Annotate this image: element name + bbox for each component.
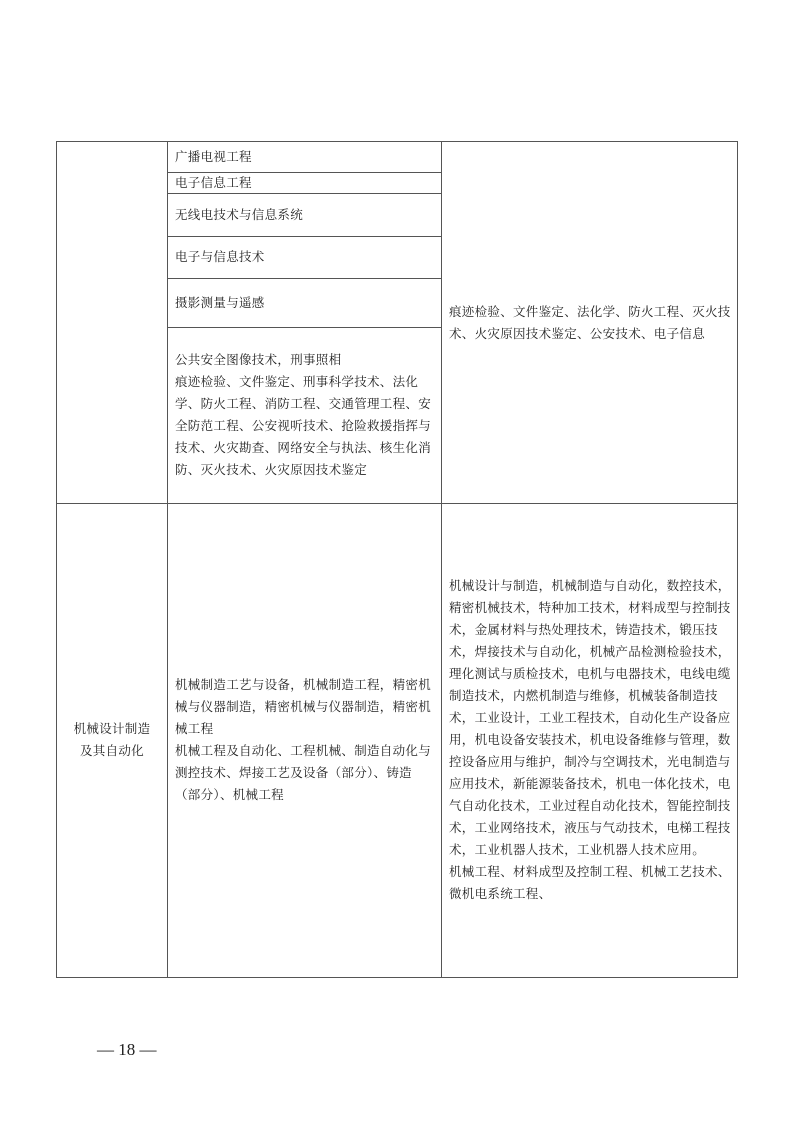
undergrad-item: 电子信息工程: [175, 172, 437, 193]
major-table: 广播电视工程 电子信息工程 无线电技术与信息系统 电子与信息技术 摄影测量与遥感…: [56, 141, 738, 978]
undergrad-item: 电子与信息技术: [175, 236, 437, 278]
row1-vocational-cell: 痕迹检验、文件鉴定、法化学、防火工程、灭火技术、火灾原因技术鉴定、公安技术、电子…: [449, 142, 731, 503]
undergrad-item: 广播电视工程: [175, 142, 437, 172]
document-page: 广播电视工程 电子信息工程 无线电技术与信息系统 电子与信息技术 摄影测量与遥感…: [0, 0, 794, 1123]
page-number: — 18 —: [97, 1040, 157, 1060]
row2-vocational-cell: 机械设计与制造，机械制造与自动化，数控技术，精密机械技术，特种加工技术，材料成型…: [449, 503, 731, 977]
row2-category-cell: 机械设计制造 及其自动化: [57, 503, 167, 977]
row2-undergrad-cell: 机械制造工艺与设备，机械制造工程，精密机械与仪器制造，精密机械与仪器制造，精密机…: [175, 503, 437, 977]
undergrad-item: 公共安全图像技术，刑事照相 痕迹检验、文件鉴定、刑事科学技术、法化学、防火工程、…: [175, 327, 437, 503]
undergrad-item: 摄影测量与遥感: [175, 278, 437, 327]
undergrad-item: 无线电技术与信息系统: [175, 193, 437, 236]
col-divider-1: [167, 142, 168, 977]
row1-category-cell: [57, 142, 167, 503]
col-divider-2: [441, 142, 442, 977]
